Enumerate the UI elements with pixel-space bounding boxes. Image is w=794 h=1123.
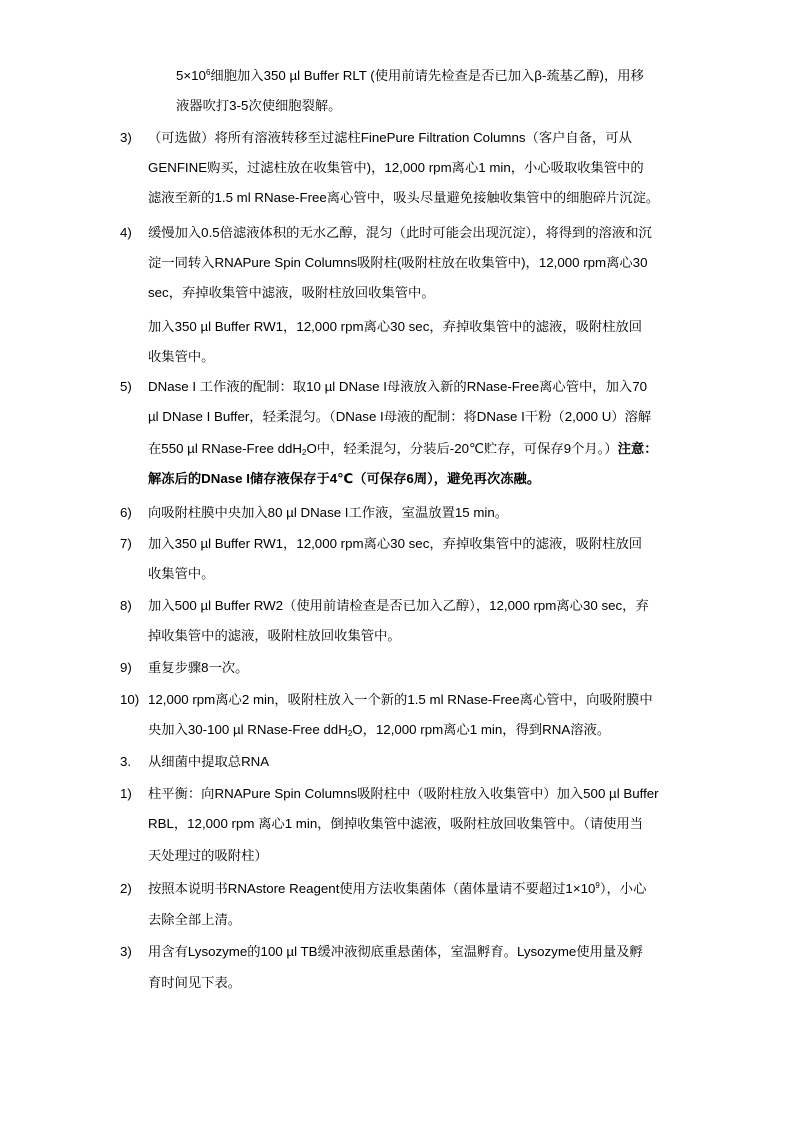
step-text: 向吸附柱膜中央加入80 µl DNase I工作液，室温放置15 min。 bbox=[148, 504, 508, 522]
cell-count-text: 5×10 bbox=[176, 68, 206, 83]
step-text: GENFINE购买，过滤柱放在收集管中)，12,000 rpm离心1 min，小… bbox=[148, 159, 644, 177]
step-text: 收集管中。 bbox=[148, 348, 214, 366]
step-text: O，12,000 rpm离心1 min，得到RNA溶液。 bbox=[352, 722, 610, 737]
step-text: 按照本说明书RNAstore Reagent使用方法收集菌体（菌体量请不要超过1… bbox=[148, 881, 595, 896]
step-number: 10) bbox=[120, 691, 139, 709]
step-text: 收集管中。 bbox=[148, 565, 214, 583]
step-text: µl DNase I Buffer，轻柔混匀。（DNase I母液的配制：将DN… bbox=[148, 408, 651, 426]
step-text: （可选做）将所有溶液转移至过滤柱FinePure Filtration Colu… bbox=[148, 129, 632, 147]
step-number: 2) bbox=[120, 880, 132, 898]
step-text: 天处理过的吸附柱） bbox=[148, 847, 268, 865]
step-text: 用含有Lysozyme的100 µl TB缓冲液彻底重悬菌体，室温孵育。Lyso… bbox=[148, 943, 643, 961]
step-text: 加入350 µl Buffer RW1，12,000 rpm离心30 sec，弃… bbox=[148, 318, 642, 336]
note-label: 注意： bbox=[618, 441, 658, 456]
section-title: 从细菌中提取总RNA bbox=[148, 753, 269, 771]
step-text: 柱平衡：向RNAPure Spin Columns吸附柱中（吸附柱放入收集管中）… bbox=[148, 785, 659, 803]
step-text: DNase I 工作液的配制：取10 µl DNase I母液放入新的RNase… bbox=[148, 378, 647, 396]
step-text: sec，弃掉收集管中滤液，吸附柱放回收集管中。 bbox=[148, 284, 435, 302]
step-number: 3) bbox=[120, 943, 132, 961]
step-text: 育时间见下表。 bbox=[148, 974, 241, 992]
step-number: 1) bbox=[120, 785, 132, 803]
step-text: O中，轻柔混匀，分装后-20℃贮存，可保存9个月。） bbox=[306, 441, 617, 456]
step-number: 8) bbox=[120, 597, 132, 615]
step-text: RBL，12,000 rpm 离心1 min，倒掉收集管中滤液，吸附柱放回收集管… bbox=[148, 815, 643, 833]
intro-text: 液器吹打3-5次使细胞裂解。 bbox=[176, 97, 341, 115]
step-text: 淀一同转入RNAPure Spin Columns吸附柱(吸附柱放在收集管中)，… bbox=[148, 254, 647, 272]
step-text: 去除全部上清。 bbox=[148, 911, 241, 929]
step-number: 4) bbox=[120, 224, 132, 242]
step-text: 掉收集管中的滤液，吸附柱放回收集管中。 bbox=[148, 627, 401, 645]
section-number: 3. bbox=[120, 753, 131, 771]
step-number: 9) bbox=[120, 659, 132, 677]
step-text: 在550 µl RNase-Free ddH bbox=[148, 441, 302, 456]
step-text: 加入500 µl Buffer RW2（使用前请检查是否已加入乙醇），12,00… bbox=[148, 597, 649, 615]
step-number: 6) bbox=[120, 504, 132, 522]
step-text: 滤液至新的1.5 ml RNase-Free离心管中，吸头尽量避免接触收集管中的… bbox=[148, 189, 659, 207]
step-text: 12,000 rpm离心2 min，吸附柱放入一个新的1.5 ml RNase-… bbox=[148, 691, 653, 709]
step-text: 加入350 µl Buffer RW1，12,000 rpm离心30 sec，弃… bbox=[148, 535, 642, 553]
intro-text: 细胞加入350 µl Buffer RLT (使用前请先检查是否已加入β-巯基乙… bbox=[210, 68, 643, 83]
step-text: 央加入30-100 µl RNase-Free ddH bbox=[148, 722, 348, 737]
note-text: 解冻后的DNase I储存液保存于4℃（可保存6周），避免再次冻融。 bbox=[148, 470, 540, 488]
step-text: 缓慢加入0.5倍滤液体积的无水乙醇，混匀（此时可能会出现沉淀），将得到的溶液和沉 bbox=[148, 224, 652, 242]
step-number: 5) bbox=[120, 378, 132, 396]
step-number: 7) bbox=[120, 535, 132, 553]
step-number: 3) bbox=[120, 129, 132, 147]
step-text: ），小心 bbox=[600, 881, 647, 896]
step-text: 重复步骤8一次。 bbox=[148, 659, 248, 677]
